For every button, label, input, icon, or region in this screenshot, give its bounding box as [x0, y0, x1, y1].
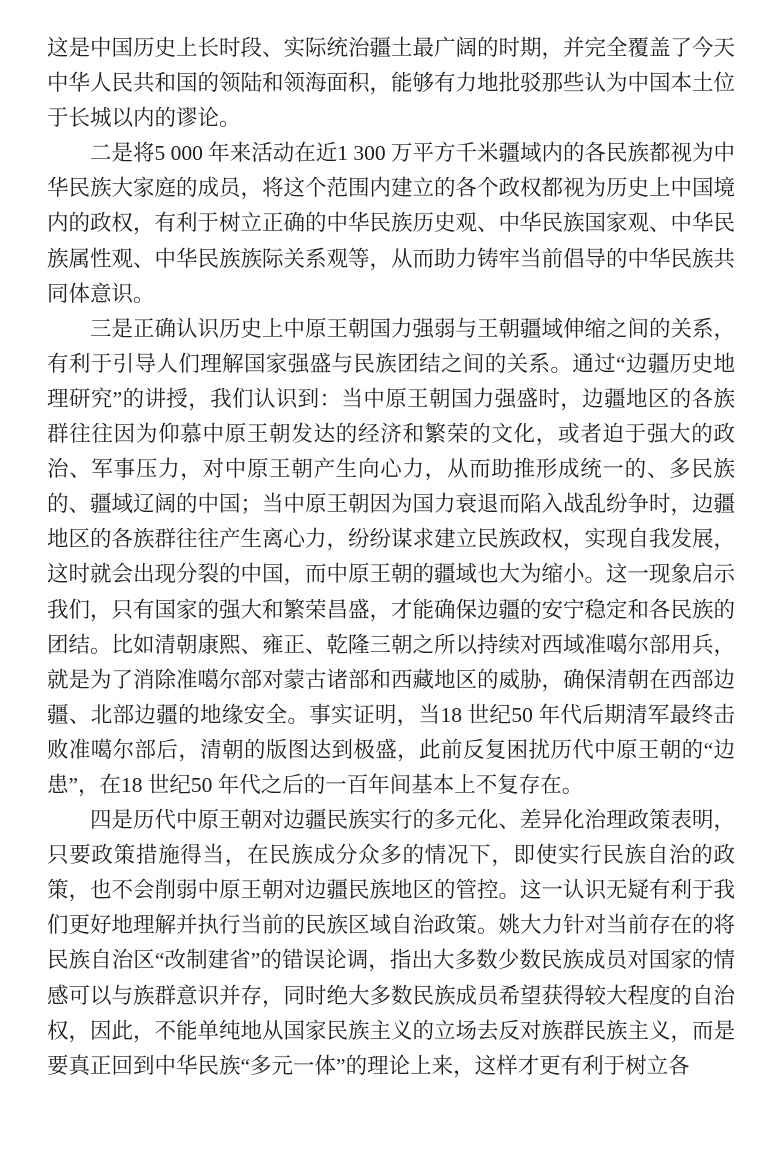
paragraph-point-four: 四是历代中原王朝对边疆民族实行的多元化、差异化治理政策表明，只要政策措施得当，在…: [47, 803, 735, 1084]
paragraph-point-three: 三是正确认识历史上中原王朝国力强弱与王朝疆域伸缩之间的关系，有利于引导人们理解国…: [47, 312, 735, 803]
paragraph-continuation: 这是中国历史上长时段、实际统治疆土最广阔的时期，并完全覆盖了今天中华人民共和国的…: [47, 31, 735, 136]
document-page: 这是中国历史上长时段、实际统治疆土最广阔的时期，并完全覆盖了今天中华人民共和国的…: [0, 0, 777, 1149]
paragraph-point-two: 二是将5 000 年来活动在近1 300 万平方千米疆域内的各民族都视为中华民族…: [47, 136, 735, 311]
